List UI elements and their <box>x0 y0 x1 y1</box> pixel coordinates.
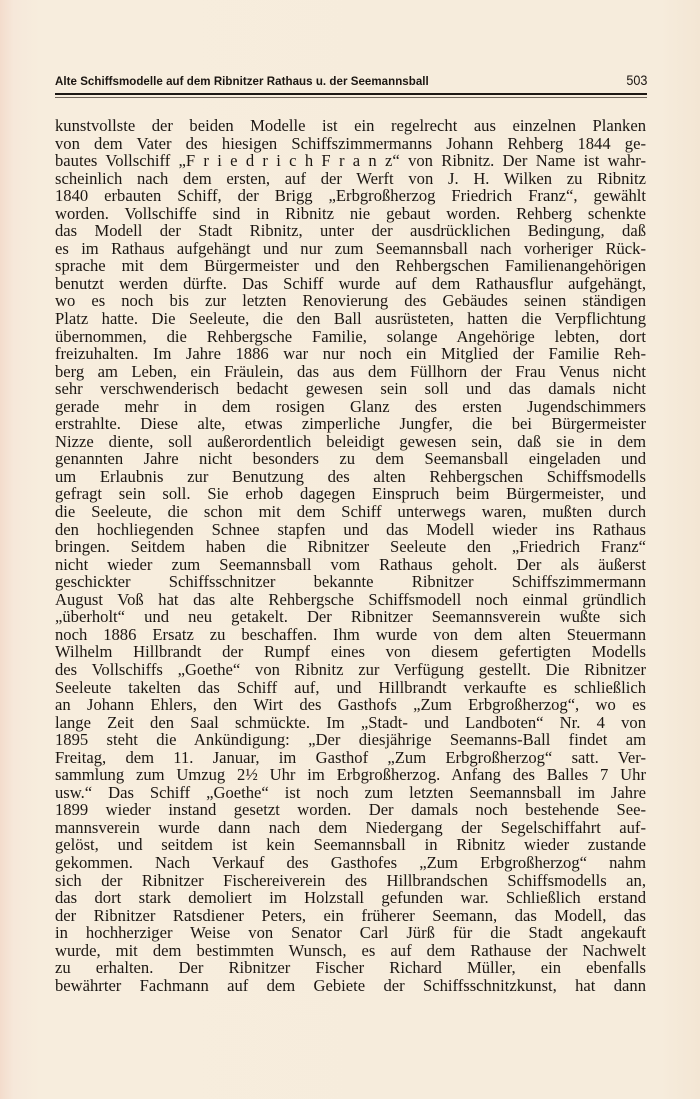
text-line: Seeleute takelten das Schiff auf, und Hi… <box>55 679 646 697</box>
text-line: das Modell der Stadt Ribnitz, unter der … <box>55 222 646 240</box>
page-number: 503 <box>626 72 647 88</box>
running-title: Alte Schiffsmodelle auf dem Ribnitzer Ra… <box>55 74 429 88</box>
text-line: 1899 wieder instand gesetzt worden. Der … <box>55 801 646 819</box>
text-line: 1840 erbauten Schiff, der Brigg „Erbgroß… <box>55 187 646 205</box>
text-line: die Seeleute, die schon mit dem Schiff u… <box>55 503 646 521</box>
text-line: lange Zeit den Saal schmückte. Im „Stadt… <box>55 714 646 732</box>
text-line: kunstvollste der beiden Modelle ist ein … <box>55 117 646 135</box>
text-line: bautes Vollschiff „F r i e d r i c h F r… <box>55 152 646 170</box>
text-line: wo es noch bis zur letzten Renovierung d… <box>55 292 646 310</box>
text-line: erstrahlte. Diese alte, etwas zimperlich… <box>55 415 646 433</box>
text-line: August Voß hat das alte Rehbergsche Schi… <box>55 591 646 609</box>
text-line: Nizze diente, soll außerordentlich belei… <box>55 433 646 451</box>
text-line: genannten Jahre nicht besonders zu dem S… <box>55 450 646 468</box>
text-line: berg am Leben, ein Fräulein, das aus dem… <box>55 363 646 381</box>
text-line: sehr verschwenderisch bedacht gewesen se… <box>55 380 646 398</box>
header-rule-thick <box>55 93 647 95</box>
text-line: sprache mit dem Bürgermeister und den Re… <box>55 257 646 275</box>
text-line: zu erhalten. Der Ribnitzer Fischer Richa… <box>55 959 646 977</box>
text-line: um Erlaubnis zur Benutzung des alten Reh… <box>55 468 646 486</box>
text-line: das dort stark demoliert im Holzstall ge… <box>55 889 646 907</box>
text-line: 1895 steht die Ankündigung: „Der diesjäh… <box>55 731 646 749</box>
text-line: freizuhalten. Im Jahre 1886 war nur noch… <box>55 345 646 363</box>
text-line: sich der Ribnitzer Fischereiverein des H… <box>55 872 646 890</box>
text-line: gerade mehr in dem rosigen Glanz des ers… <box>55 398 646 416</box>
text-line: bewährter Fachmann auf dem Gebiete der S… <box>55 977 646 995</box>
text-line: Platz hatte. Die Seeleute, die den Ball … <box>55 310 646 328</box>
text-line: benutzt werden dürfte. Das Schiff wurde … <box>55 275 646 293</box>
text-line: wurde, mit dem bestimmten Wunsch, es auf… <box>55 942 646 960</box>
text-line: Wilhelm Hillbrandt der Rumpf eines von d… <box>55 643 646 661</box>
text-line: in hochherziger Weise von Senator Carl J… <box>55 924 646 942</box>
page-header: Alte Schiffsmodelle auf dem Ribnitzer Ra… <box>55 72 647 88</box>
text-line: noch 1886 Ersatz zu beschaffen. Ihm wurd… <box>55 626 646 644</box>
header-rule-thin <box>55 97 647 98</box>
text-line: den hochliegenden Schnee stapfen und das… <box>55 521 646 539</box>
text-line: sammlung zum Umzug 2½ Uhr im Erbgroßherz… <box>55 766 646 784</box>
body-text: kunstvollste der beiden Modelle ist ein … <box>55 117 646 994</box>
text-line: an Johann Ehlers, den Wirt des Gasthofs … <box>55 696 646 714</box>
text-line: usw.“ Das Schiff „Goethe“ ist noch zum l… <box>55 784 646 802</box>
text-line: es im Rathaus aufgehängt und nur zum See… <box>55 240 646 258</box>
text-line: geschickter Schiffsschnitzer bekannte Ri… <box>55 573 646 591</box>
text-line: gefragt sein soll. Sie erhob dagegen Ein… <box>55 485 646 503</box>
text-line: scheinlich nach dem ersten, auf der Werf… <box>55 170 646 188</box>
text-line: gelöst, und seitdem ist kein Seemannsbal… <box>55 836 646 854</box>
text-line: nicht wieder zum Seemannsball vom Rathau… <box>55 556 646 574</box>
text-line: gekommen. Nach Verkauf des Gasthofes „Zu… <box>55 854 646 872</box>
text-line: „überholt“ und neu getakelt. Der Ribnitz… <box>55 608 646 626</box>
text-line: des Vollschiffs „Goethe“ von Ribnitz zur… <box>55 661 646 679</box>
text-line: mannsverein wurde dann nach dem Niederga… <box>55 819 646 837</box>
text-line: der Ribnitzer Ratsdiener Peters, ein frü… <box>55 907 646 925</box>
text-line: worden. Vollschiffe sind in Ribnitz nie … <box>55 205 646 223</box>
text-line: übernommen, die Rehbergsche Familie, sol… <box>55 328 646 346</box>
text-line: Freitag, dem 11. Januar, im Gasthof „Zum… <box>55 749 646 767</box>
text-line: von dem Vater des hiesigen Schiffszimmer… <box>55 135 646 153</box>
text-line: bringen. Seitdem haben die Ribnitzer See… <box>55 538 646 556</box>
